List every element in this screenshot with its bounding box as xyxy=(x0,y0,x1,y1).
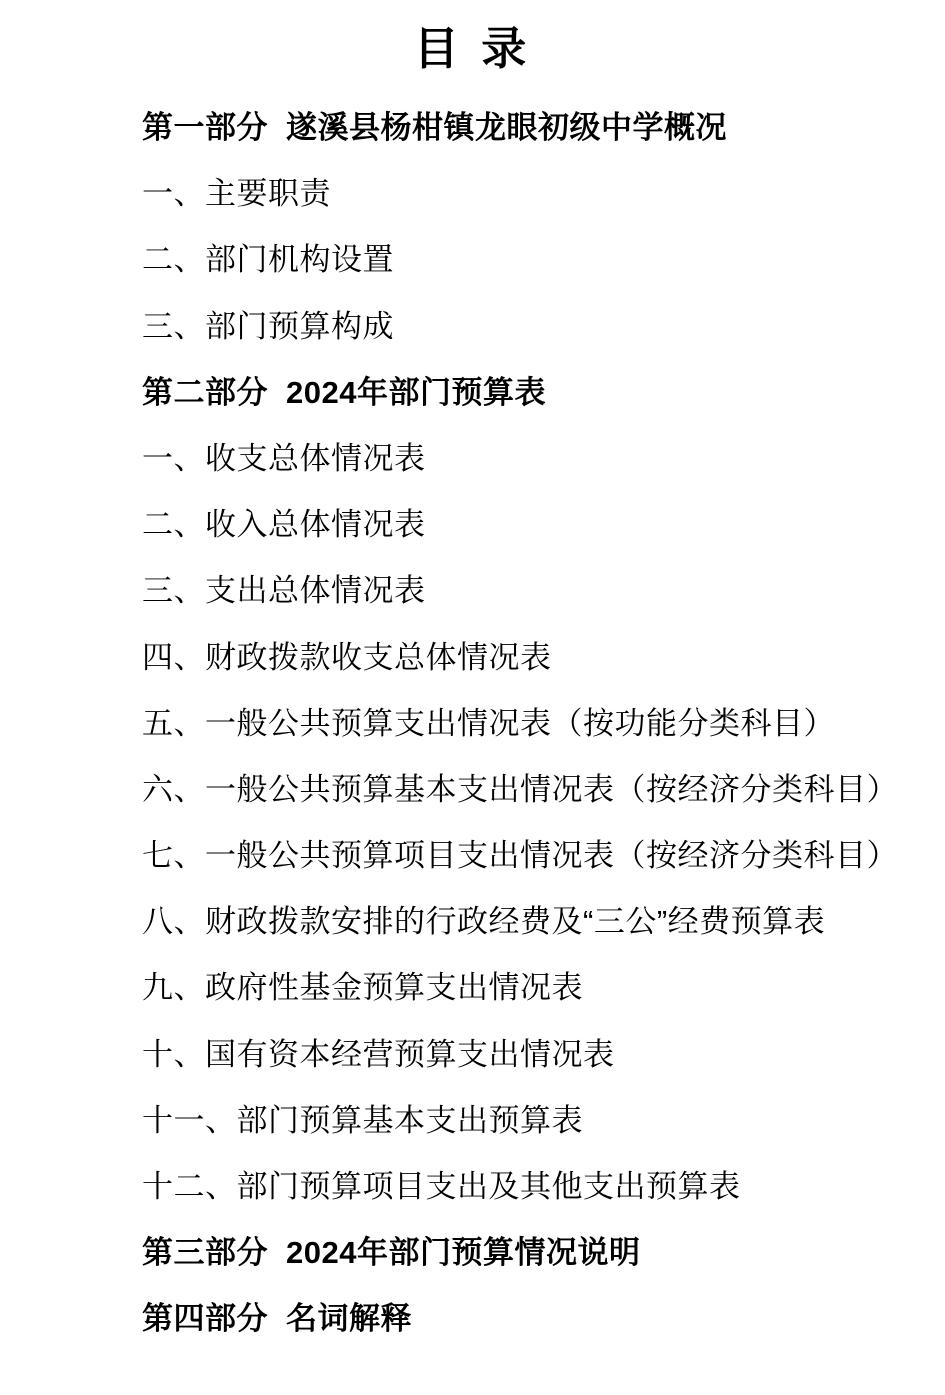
toc-entry-number: 四、 xyxy=(142,640,205,675)
toc-item: 十一、部门预算基本支出预算表 xyxy=(142,1088,902,1154)
toc-entry-text: 遂溪县杨柑镇龙眼初级中学概况 xyxy=(286,110,727,145)
toc-entry-text: 一般公共预算项目支出情况表（按经济分类科目） xyxy=(205,838,898,873)
toc-section-heading: 第一部分遂溪县杨柑镇龙眼初级中学概况 xyxy=(142,95,902,161)
toc-entry-number: 第二部分 xyxy=(142,375,268,410)
toc-entry-number: 十二、 xyxy=(142,1169,237,1204)
toc-entry-text: 财政拨款收支总体情况表 xyxy=(205,640,552,675)
toc-entry-text: 财政拨款安排的行政经费及“三公”经费预算表 xyxy=(205,904,825,939)
toc-entry-text: 2024年部门预算表 xyxy=(286,375,546,410)
toc-section-heading: 第三部分2024年部门预算情况说明 xyxy=(142,1220,902,1286)
toc-entry-number: 二、 xyxy=(142,507,205,542)
toc-entry-text: 收入总体情况表 xyxy=(205,507,426,542)
document-title: 目 录 xyxy=(0,12,945,77)
toc-entry-number: 六、 xyxy=(142,772,205,807)
toc-entry-number: 二、 xyxy=(142,242,205,277)
toc-entry-number: 第一部分 xyxy=(142,110,268,145)
toc-entry-number: 第三部分 xyxy=(142,1235,268,1270)
toc-entry-text: 部门预算项目支出及其他支出预算表 xyxy=(237,1169,741,1204)
toc-entry-number: 五、 xyxy=(142,706,205,741)
toc-entry-number: 一、 xyxy=(142,176,205,211)
toc-item: 七、一般公共预算项目支出情况表（按经济分类科目） xyxy=(142,823,902,889)
toc-entry-number: 七、 xyxy=(142,838,205,873)
toc-entry-text: 政府性基金预算支出情况表 xyxy=(205,970,583,1005)
toc-entry-text: 主要职责 xyxy=(205,176,331,211)
toc-item: 一、主要职责 xyxy=(142,161,902,227)
toc-item: 二、部门机构设置 xyxy=(142,227,902,293)
toc-entry-text: 收支总体情况表 xyxy=(205,441,426,476)
toc-item: 十、国有资本经营预算支出情况表 xyxy=(142,1022,902,1088)
toc-item: 四、财政拨款收支总体情况表 xyxy=(142,625,902,691)
toc-entry-number: 十、 xyxy=(142,1037,205,1072)
toc-item: 三、支出总体情况表 xyxy=(142,558,902,624)
toc-item: 六、一般公共预算基本支出情况表（按经济分类科目） xyxy=(142,757,902,823)
toc-item: 九、政府性基金预算支出情况表 xyxy=(142,955,902,1021)
toc-entry-text: 部门预算基本支出预算表 xyxy=(237,1103,584,1138)
toc-section-heading: 第四部分名词解释 xyxy=(142,1286,902,1352)
toc-item: 二、收入总体情况表 xyxy=(142,492,902,558)
toc-entry-text: 2024年部门预算情况说明 xyxy=(286,1235,640,1270)
toc-entry-text: 部门预算构成 xyxy=(205,309,394,344)
table-of-contents: 第一部分遂溪县杨柑镇龙眼初级中学概况 一、主要职责 二、部门机构设置 三、部门预… xyxy=(142,95,902,1353)
toc-entry-text: 部门机构设置 xyxy=(205,242,394,277)
toc-entry-number: 第四部分 xyxy=(142,1301,268,1336)
toc-entry-number: 八、 xyxy=(142,904,205,939)
toc-entry-number: 九、 xyxy=(142,970,205,1005)
toc-entry-number: 三、 xyxy=(142,309,205,344)
toc-item: 一、收支总体情况表 xyxy=(142,426,902,492)
toc-entry-number: 一、 xyxy=(142,441,205,476)
toc-entry-text: 支出总体情况表 xyxy=(205,573,426,608)
toc-entry-text: 国有资本经营预算支出情况表 xyxy=(205,1037,615,1072)
toc-entry-text: 一般公共预算支出情况表（按功能分类科目） xyxy=(205,706,835,741)
document-page: 目 录 第一部分遂溪县杨柑镇龙眼初级中学概况 一、主要职责 二、部门机构设置 三… xyxy=(0,0,945,1395)
toc-item: 五、一般公共预算支出情况表（按功能分类科目） xyxy=(142,691,902,757)
toc-entry-text: 名词解释 xyxy=(286,1301,412,1336)
toc-section-heading: 第二部分2024年部门预算表 xyxy=(142,360,902,426)
toc-item: 三、部门预算构成 xyxy=(142,294,902,360)
toc-entry-number: 十一、 xyxy=(142,1103,237,1138)
toc-item: 十二、部门预算项目支出及其他支出预算表 xyxy=(142,1154,902,1220)
toc-entry-number: 三、 xyxy=(142,573,205,608)
toc-item: 八、财政拨款安排的行政经费及“三公”经费预算表 xyxy=(142,889,902,955)
toc-entry-text: 一般公共预算基本支出情况表（按经济分类科目） xyxy=(205,772,898,807)
